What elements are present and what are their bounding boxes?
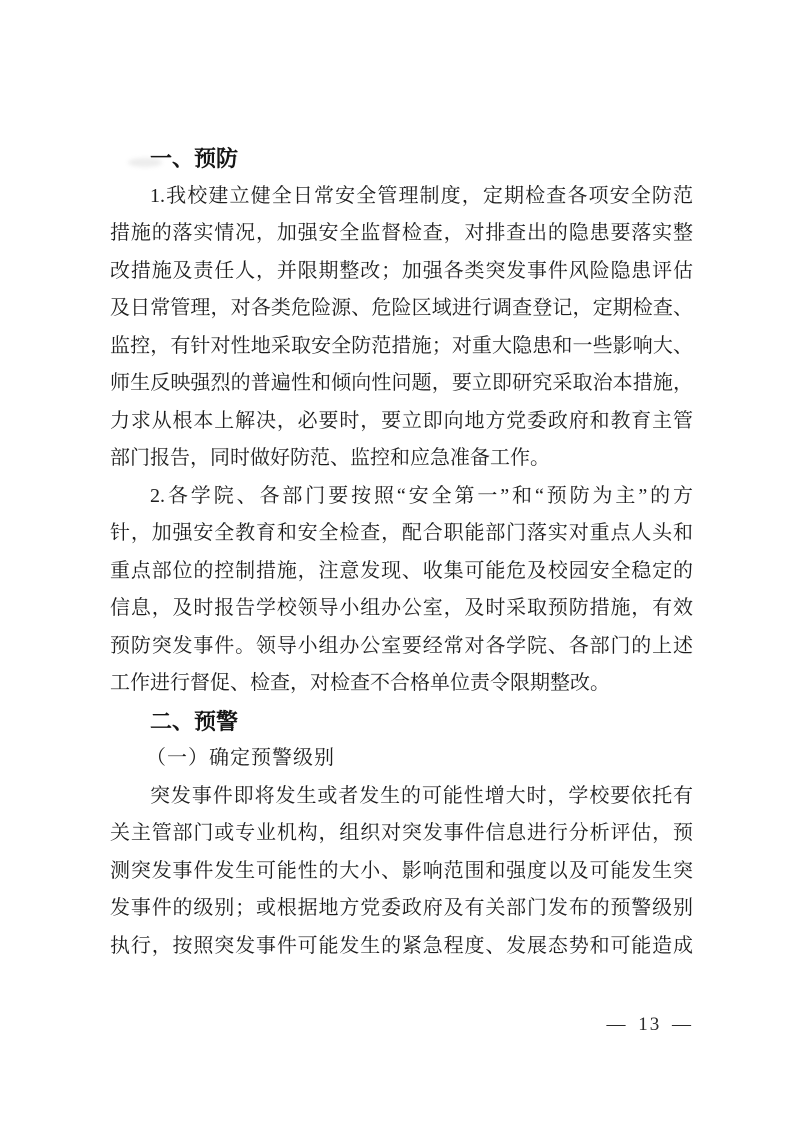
document-page: 一、预防 1.我校建立健全日常安全管理制度，定期检查各项安全防范 措施的落实情况…: [0, 0, 793, 1122]
page-number: — 13 —: [607, 1014, 694, 1036]
text-line: 针，加强安全教育和安全检查，配合职能部门落实对重点人头和: [110, 515, 693, 553]
text-line: 监控，有针对性地采取安全防范措施；对重大隐患和一些影响大、: [110, 328, 693, 366]
document-body: 一、预防 1.我校建立健全日常安全管理制度，定期检查各项安全防范 措施的落实情况…: [110, 140, 693, 965]
text-line: 关主管部门或专业机构，组织对突发事件信息进行分析评估，预: [110, 815, 693, 853]
paragraph-end-line: 工作进行督促、检查，对检查不合格单位责令限期整改。: [110, 665, 693, 703]
text-line: 发事件的级别；或根据地方党委政府及有关部门发布的预警级别: [110, 890, 693, 928]
text-line: 措施的落实情况，加强安全监督检查，对排查出的隐患要落实整: [110, 215, 693, 253]
text-line: 执行，按照突发事件可能发生的紧急程度、发展态势和可能造成: [110, 928, 693, 966]
text-line: 重点部位的控制措施，注意发现、收集可能危及校园安全稳定的: [110, 553, 693, 591]
text-line: 2.各学院、各部门要按照“安全第一”和“预防为主”的方: [110, 478, 693, 516]
heading-warning: 二、预警: [110, 703, 693, 741]
text-line: 及日常管理，对各类危险源、危险区域进行调查登记，定期检查、: [110, 290, 693, 328]
text-line: 突发事件即将发生或者发生的可能性增大时，学校要依托有: [110, 778, 693, 816]
paragraph-end-line: 部门报告，同时做好防范、监控和应急准备工作。: [110, 440, 693, 478]
text-line: 师生反映强烈的普遍性和倾向性问题，要立即研究采取治本措施，: [110, 365, 693, 403]
text-line: 力求从根本上解决，必要时，要立即向地方党委政府和教育主管: [110, 403, 693, 441]
text-line: 信息，及时报告学校领导小组办公室，及时采取预防措施，有效: [110, 590, 693, 628]
text-line: 改措施及责任人，并限期整改；加强各类突发事件风险隐患评估: [110, 253, 693, 291]
text-line: 测突发事件发生可能性的大小、影响范围和强度以及可能发生突: [110, 853, 693, 891]
text-line: 1.我校建立健全日常安全管理制度，定期检查各项安全防范: [110, 178, 693, 216]
subheading-warning-level: （一）确定预警级别: [110, 740, 693, 778]
text-line: 预防突发事件。领导小组办公室要经常对各学院、各部门的上述: [110, 628, 693, 666]
heading-prevention: 一、预防: [110, 140, 693, 178]
